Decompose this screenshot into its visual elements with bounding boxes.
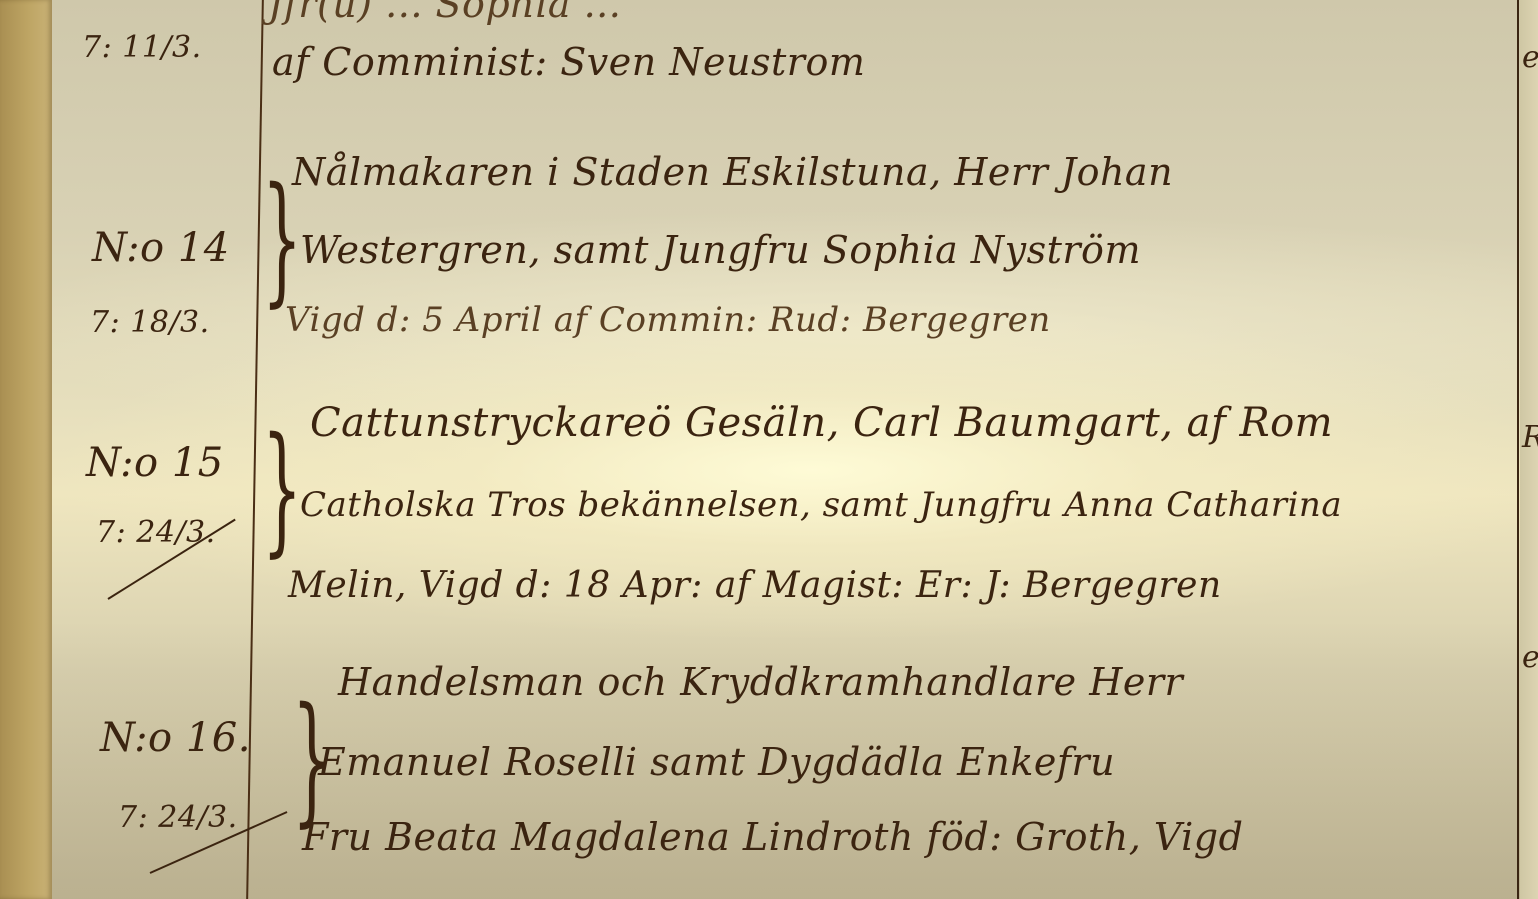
entry-line-1: Handelsman och Kryddkramhandlare Herr: [338, 660, 1183, 704]
right-fragment: e: [1522, 640, 1538, 675]
entry-line-3: Melin, Vigd d: 18 Apr: af Magist: Er: J:…: [288, 565, 1222, 606]
entry-date: 7: 18/3.: [90, 305, 210, 340]
entry-number: N:o 14: [92, 225, 230, 271]
book-binding-edge: [0, 0, 52, 899]
entry-line-1: Nålmakaren i Staden Eskilstuna, Herr Joh…: [292, 150, 1173, 194]
entry-line-3: Vigd d: 5 April af Commin: Rud: Bergegre…: [285, 300, 1051, 340]
top-officiant-line: af Comminist: Sven Neustrom: [272, 40, 865, 84]
entry-number: N:o 15: [86, 440, 224, 486]
right-fragment: Rom: [1522, 420, 1538, 455]
right-column-rule: [1517, 0, 1519, 899]
entry-line-2: Westergren, samt Jungfru Sophia Nyström: [300, 228, 1141, 272]
entry-date: 7: 24/3.: [96, 515, 216, 550]
top-margin-date: 7: 11/3.: [82, 30, 202, 65]
entry-number: N:o 16.: [100, 715, 251, 761]
entry-brace: }: [262, 420, 302, 560]
entry-line-2: Catholska Tros bekännelsen, samt Jungfru…: [300, 485, 1342, 525]
top-partial-line: Jfr(u) ... Sophia ...: [268, 0, 621, 26]
entry-line-3: Fru Beata Magdalena Lindroth föd: Groth,…: [302, 815, 1243, 859]
entry-line-2: Emanuel Roselli samt Dygdädla Enkefru: [318, 740, 1115, 784]
right-fragment: e: [1522, 40, 1538, 75]
entry-line-1: Cattunstryckareö Gesäln, Carl Baumgart, …: [310, 400, 1333, 446]
entry-date: 7: 24/3.: [118, 800, 238, 835]
